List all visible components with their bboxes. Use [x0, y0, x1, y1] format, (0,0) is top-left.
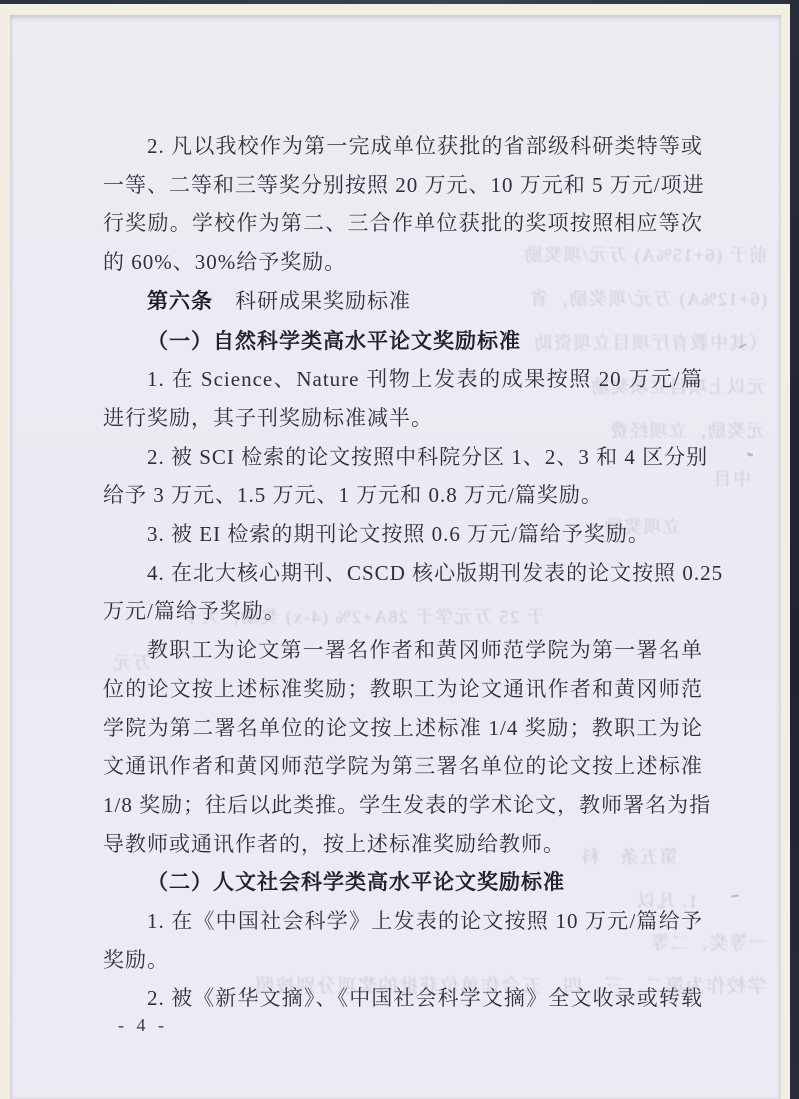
text-segment: 文通讯作者和黄冈师范学院为第三署名单位的论文按上述标准 [103, 754, 703, 778]
text-line: 2. 凡以我校作为第一完成单位获批的省部级科研类特等或 [103, 127, 703, 166]
text-line: 2. 被 SCI 检索的论文按照中科院分区 1、2、3 和 4 区分别 [103, 438, 703, 477]
text-segment: （二）人文社会科学类高水平论文奖励标准 [147, 870, 565, 894]
text-line: （一）自然科学类高水平论文奖励标准 [103, 322, 703, 361]
text-segment: 奖励。 [103, 948, 169, 972]
text-segment: 4. 在北大核心期刊、CSCD 核心版期刊发表的论文按照 0.25 [147, 561, 723, 585]
text-line: 一等、二等和三等奖分别按照 20 万元、10 万元和 5 万元/项进 [103, 166, 703, 205]
text-line: 文通讯作者和黄冈师范学院为第三署名单位的论文按上述标准 [103, 747, 703, 786]
text-segment: 3. 被 EI 检索的期刊论文按照 0.6 万元/篇给予奖励。 [147, 522, 650, 546]
text-line: 4. 在北大核心期刊、CSCD 核心版期刊发表的论文按照 0.25 [103, 554, 703, 593]
text-line: 学院为第二署名单位的论文按上述标准 1/4 奖励；教职工为论 [103, 709, 703, 748]
document-body-text: 2. 凡以我校作为第一完成单位获批的省部级科研类特等或一等、二等和三等奖分别按照… [103, 127, 703, 1018]
text-line: 2. 被《新华文摘》、《中国社会科学文摘》全文收录或转载 [103, 979, 703, 1018]
text-segment: （一）自然科学类高水平论文奖励标准 [147, 329, 521, 353]
text-segment: 学院为第二署名单位的论文按上述标准 1/4 奖励；教职工为论 [103, 716, 703, 740]
text-segment: 2. 被 SCI 检索的论文按照中科院分区 1、2、3 和 4 区分别 [147, 445, 708, 469]
text-line: （二）人文社会科学类高水平论文奖励标准 [103, 863, 703, 902]
text-line: 进行奖励，其子刊奖励标准减半。 [103, 399, 703, 438]
text-segment: 2. 凡以我校作为第一完成单位获批的省部级科研类特等或 [147, 134, 703, 158]
text-line: 位的论文按上述标准奖励；教职工为论文通讯作者和黄冈师范 [103, 670, 703, 709]
page-number: - 4 - [118, 1015, 168, 1036]
text-segment: 1/8 奖励；往后以此类推。学生发表的学术论文，教师署名为指 [103, 793, 711, 817]
text-segment: 2. 被《新华文摘》、《中国社会科学文摘》全文收录或转载 [147, 986, 703, 1010]
text-line: 行奖励。学校作为第二、三合作单位获批的奖项按照相应等次 [103, 204, 703, 243]
text-segment: 教职工为论文第一署名作者和黄冈师范学院为第一署名单 [147, 638, 703, 662]
text-segment: 万元/篇给予奖励。 [103, 599, 286, 623]
text-segment: 位的论文按上述标准奖励；教职工为论文通讯作者和黄冈师范 [103, 677, 703, 701]
text-line: 第六条 科研成果奖励标准 [103, 282, 703, 322]
text-segment: 一等、二等和三等奖分别按照 20 万元、10 万元和 5 万元/项进 [103, 173, 705, 197]
text-line: 1. 在《中国社会科学》上发表的论文按照 10 万元/篇给予 [103, 902, 703, 941]
scan-edge-right [790, 0, 799, 1099]
text-line: 1. 在 Science、Nature 刊物上发表的成果按照 20 万元/篇 [103, 360, 703, 399]
text-line: 1/8 奖励；往后以此类推。学生发表的学术论文，教师署名为指 [103, 786, 703, 825]
text-segment: 的 60%、30%给予奖励。 [103, 250, 346, 274]
text-segment: 1. 在 Science、Nature 刊物上发表的成果按照 20 万元/篇 [147, 367, 703, 391]
text-line: 给予 3 万元、1.5 万元、1 万元和 0.8 万元/篇奖励。 [103, 476, 703, 515]
bleedthrough-text: 中目 [712, 465, 751, 491]
document-page: 前于 (6+15%A) 万元/项奖励(6+12%A) 万元/项奖励，省（其中教育… [10, 15, 781, 1099]
text-line: 奖励。 [103, 941, 703, 980]
text-line: 3. 被 EI 检索的期刊论文按照 0.6 万元/篇给予奖励。 [103, 515, 703, 554]
text-line: 万元/篇给予奖励。 [103, 592, 703, 631]
text-line: 教职工为论文第一署名作者和黄冈师范学院为第一署名单 [103, 631, 703, 670]
text-line: 的 60%、30%给予奖励。 [103, 243, 703, 282]
text-segment: 科研成果奖励标准 [213, 289, 411, 313]
text-line: 导教师或通讯作者的，按上述标准奖励给教师。 [103, 825, 703, 864]
text-segment: 进行奖励，其子刊奖励标准减半。 [103, 406, 433, 430]
text-segment: 给予 3 万元、1.5 万元、1 万元和 0.8 万元/篇奖励。 [103, 483, 603, 507]
text-segment: 1. 在《中国社会科学》上发表的论文按照 10 万元/篇给予 [147, 909, 703, 933]
text-segment: 导教师或通讯作者的，按上述标准奖励给教师。 [103, 832, 565, 856]
text-segment: 行奖励。学校作为第二、三合作单位获批的奖项按照相应等次 [103, 211, 703, 235]
text-segment: 第六条 [147, 290, 213, 313]
scan-border-top [0, 0, 799, 4]
